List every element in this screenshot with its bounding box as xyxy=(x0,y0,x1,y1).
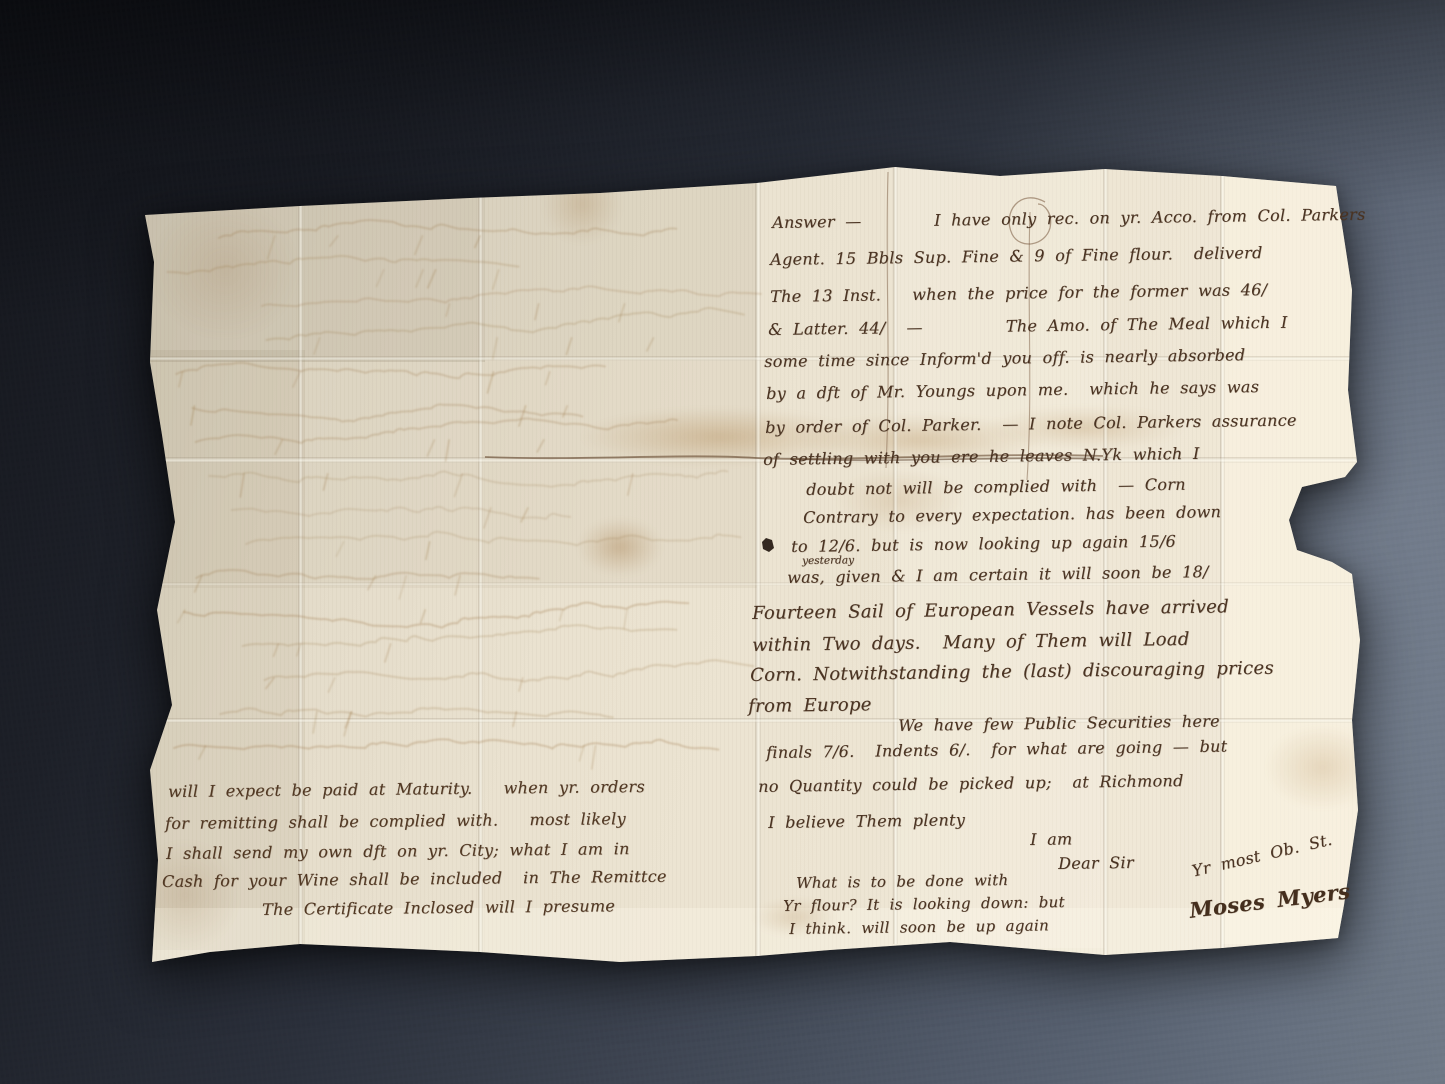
panel-shade xyxy=(140,358,757,588)
fold-crease xyxy=(144,457,1356,463)
stain xyxy=(835,468,965,532)
fold-crease xyxy=(478,196,483,954)
fold-crease xyxy=(893,166,898,944)
fold-crease xyxy=(144,718,1356,723)
stain xyxy=(580,408,860,466)
photo-background: Answer — I have only rec. on yr. Acco. f… xyxy=(0,0,1445,1084)
fold-crease xyxy=(144,356,1352,361)
stain xyxy=(795,414,1045,466)
stain xyxy=(130,840,240,950)
letter-sheet-shadow xyxy=(140,150,1368,968)
panel-shade xyxy=(140,350,305,950)
fold-crease xyxy=(144,582,1358,586)
fold-crease xyxy=(298,204,303,946)
panel-shade xyxy=(485,176,757,360)
panel-shade xyxy=(1222,174,1368,944)
fold-crease xyxy=(1103,168,1108,956)
stain xyxy=(1265,725,1380,810)
panel-shade xyxy=(140,908,1350,962)
fold-crease xyxy=(755,181,761,957)
panel-shade xyxy=(895,162,1105,948)
stain xyxy=(150,200,300,340)
ink-marks-and-bleedthrough xyxy=(140,150,1368,968)
stain xyxy=(578,518,662,576)
letter-sheet xyxy=(140,150,1368,968)
stain xyxy=(752,898,838,936)
stain xyxy=(985,406,1185,450)
stain xyxy=(542,164,622,244)
panel-shade xyxy=(140,190,485,362)
fold-crease xyxy=(1220,175,1225,949)
